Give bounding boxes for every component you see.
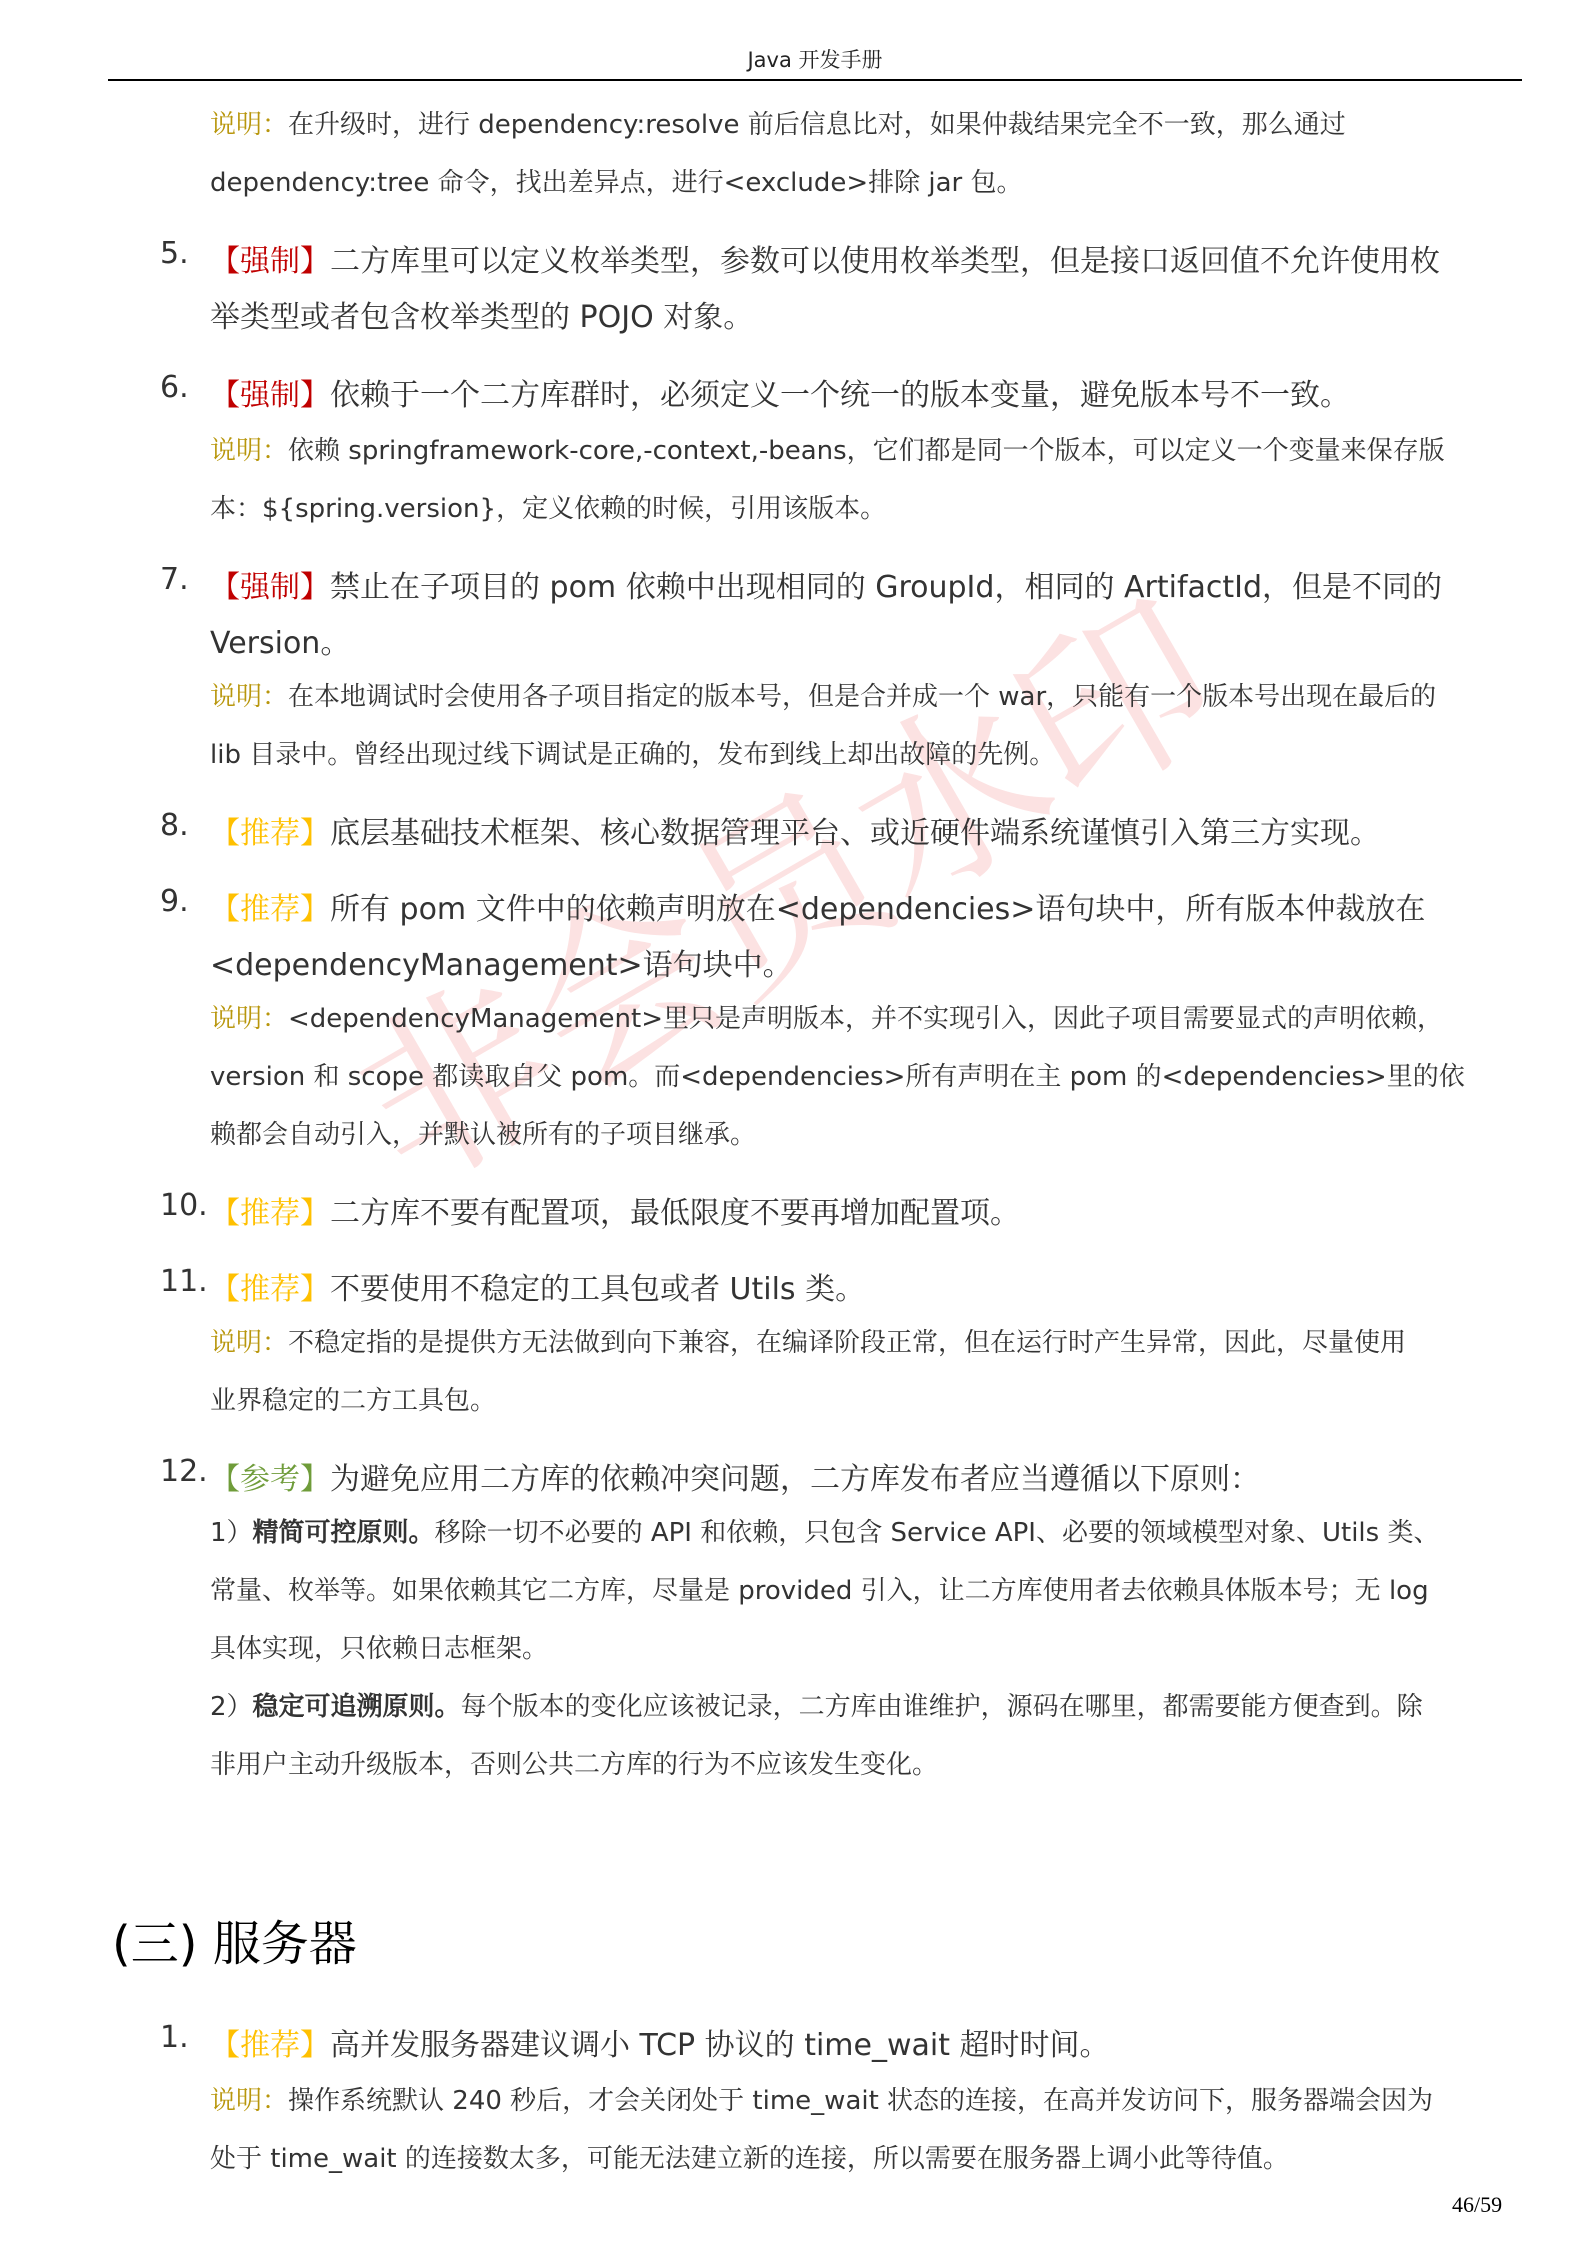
note-line: lib 目录中。曾经出现过线下调试是正确的，发布到线上却出故障的先例。 xyxy=(210,734,1055,771)
rule-item: 【强制】依赖于一个二方库群时，必须定义一个统一的版本变量，避免版本号不一致。 xyxy=(210,370,1350,414)
tag-recommend: 【推荐】 xyxy=(210,1196,330,1231)
item-number: 5. xyxy=(160,236,189,271)
rule-item: 【推荐】所有 pom 文件中的依赖声明放在<dependencies>语句块中，… xyxy=(210,884,1425,928)
rule-line: 举类型或者包含枚举类型的 POJO 对象。 xyxy=(210,292,753,336)
principle-line: 常量、枚举等。如果依赖其它二方库，尽量是 provided 引入，让二方库使用者… xyxy=(210,1570,1429,1607)
tag-recommend: 【推荐】 xyxy=(210,816,330,851)
principle-line: 具体实现，只依赖日志框架。 xyxy=(210,1628,548,1665)
tag-recommend: 【推荐】 xyxy=(210,892,330,927)
item-number: 9. xyxy=(160,884,189,919)
item-number: 7. xyxy=(160,562,189,597)
rule-item: 【参考】为避免应用二方库的依赖冲突问题，二方库发布者应当遵循以下原则： xyxy=(210,1454,1260,1498)
principle-line: 非用户主动升级版本，否则公共二方库的行为不应该发生变化。 xyxy=(210,1744,938,1781)
header-divider xyxy=(108,79,1522,81)
page-header: Java 开发手册 xyxy=(108,42,1522,78)
tag-recommend: 【推荐】 xyxy=(210,2028,330,2063)
rule-item: 【强制】二方库里可以定义枚举类型，参数可以使用枚举类型，但是接口返回值不允许使用… xyxy=(210,236,1440,280)
principle-line: 2）稳定可追溯原则。每个版本的变化应该被记录，二方库由谁维护，源码在哪里，都需要… xyxy=(210,1686,1423,1723)
note-line: version 和 scope 都读取自父 pom。而<dependencies… xyxy=(210,1056,1465,1093)
item-number: 1. xyxy=(160,2020,189,2055)
page-number: 46/59 xyxy=(1452,2192,1502,2218)
principle-title: 精简可控原则。 xyxy=(253,1518,435,1548)
note-line: 说明：<dependencyManagement>里只是声明版本，并不实现引入，… xyxy=(210,998,1443,1035)
section-title: (三) 服务器 xyxy=(112,1905,357,1974)
note-label: 说明： xyxy=(210,436,288,466)
note-label: 说明： xyxy=(210,1004,288,1034)
note-line: 说明：不稳定指的是提供方无法做到向下兼容，在编译阶段正常，但在运行时产生异常，因… xyxy=(210,1322,1406,1359)
tag-force: 【强制】 xyxy=(210,570,330,605)
tag-force: 【强制】 xyxy=(210,244,330,279)
note-line: dependency:tree 命令，找出差异点，进行<exclude>排除 j… xyxy=(210,162,1023,199)
item-number: 10. xyxy=(160,1188,208,1223)
tag-force: 【强制】 xyxy=(210,378,330,413)
note-label: 说明： xyxy=(210,110,288,140)
tag-reference: 【参考】 xyxy=(210,1462,330,1497)
rule-line: Version。 xyxy=(210,618,350,662)
rule-item: 【推荐】底层基础技术框架、核心数据管理平台、或近硬件端系统谨慎引入第三方实现。 xyxy=(210,808,1380,852)
note-line: 说明：依赖 springframework-core,-context,-bea… xyxy=(210,430,1445,467)
note-line: 业界稳定的二方工具包。 xyxy=(210,1380,496,1417)
note-line: 赖都会自动引入，并默认被所有的子项目继承。 xyxy=(210,1114,756,1151)
item-number: 8. xyxy=(160,808,189,843)
item-number: 12. xyxy=(160,1454,208,1489)
item-number: 11. xyxy=(160,1264,208,1299)
principle-line: 1）精简可控原则。移除一切不必要的 API 和依赖，只包含 Service AP… xyxy=(210,1512,1439,1549)
rule-item: 【推荐】不要使用不稳定的工具包或者 Utils 类。 xyxy=(210,1264,865,1308)
note-line: 处于 time_wait 的连接数太多，可能无法建立新的连接，所以需要在服务器上… xyxy=(210,2138,1289,2175)
rule-line: <dependencyManagement>语句块中。 xyxy=(210,940,793,984)
rule-item: 【推荐】二方库不要有配置项，最低限度不要再增加配置项。 xyxy=(210,1188,1020,1232)
tag-recommend: 【推荐】 xyxy=(210,1272,330,1307)
note-line: 说明：在本地调试时会使用各子项目指定的版本号，但是合并成一个 war，只能有一个… xyxy=(210,676,1436,713)
note-label: 说明： xyxy=(210,682,288,712)
note-label: 说明： xyxy=(210,1328,288,1358)
note-line: 说明：操作系统默认 240 秒后，才会关闭处于 time_wait 状态的连接，… xyxy=(210,2080,1433,2117)
rule-item: 【推荐】高并发服务器建议调小 TCP 协议的 time_wait 超时时间。 xyxy=(210,2020,1110,2064)
rule-item: 【强制】禁止在子项目的 pom 依赖中出现相同的 GroupId，相同的 Art… xyxy=(210,562,1442,606)
principle-title: 稳定可追溯原则。 xyxy=(253,1692,461,1722)
note-line: 说明：在升级时，进行 dependency:resolve 前后信息比对，如果仲… xyxy=(210,104,1346,141)
note-line: 本：${spring.version}，定义依赖的时候，引用该版本。 xyxy=(210,488,886,525)
note-label: 说明： xyxy=(210,2086,288,2116)
item-number: 6. xyxy=(160,370,189,405)
